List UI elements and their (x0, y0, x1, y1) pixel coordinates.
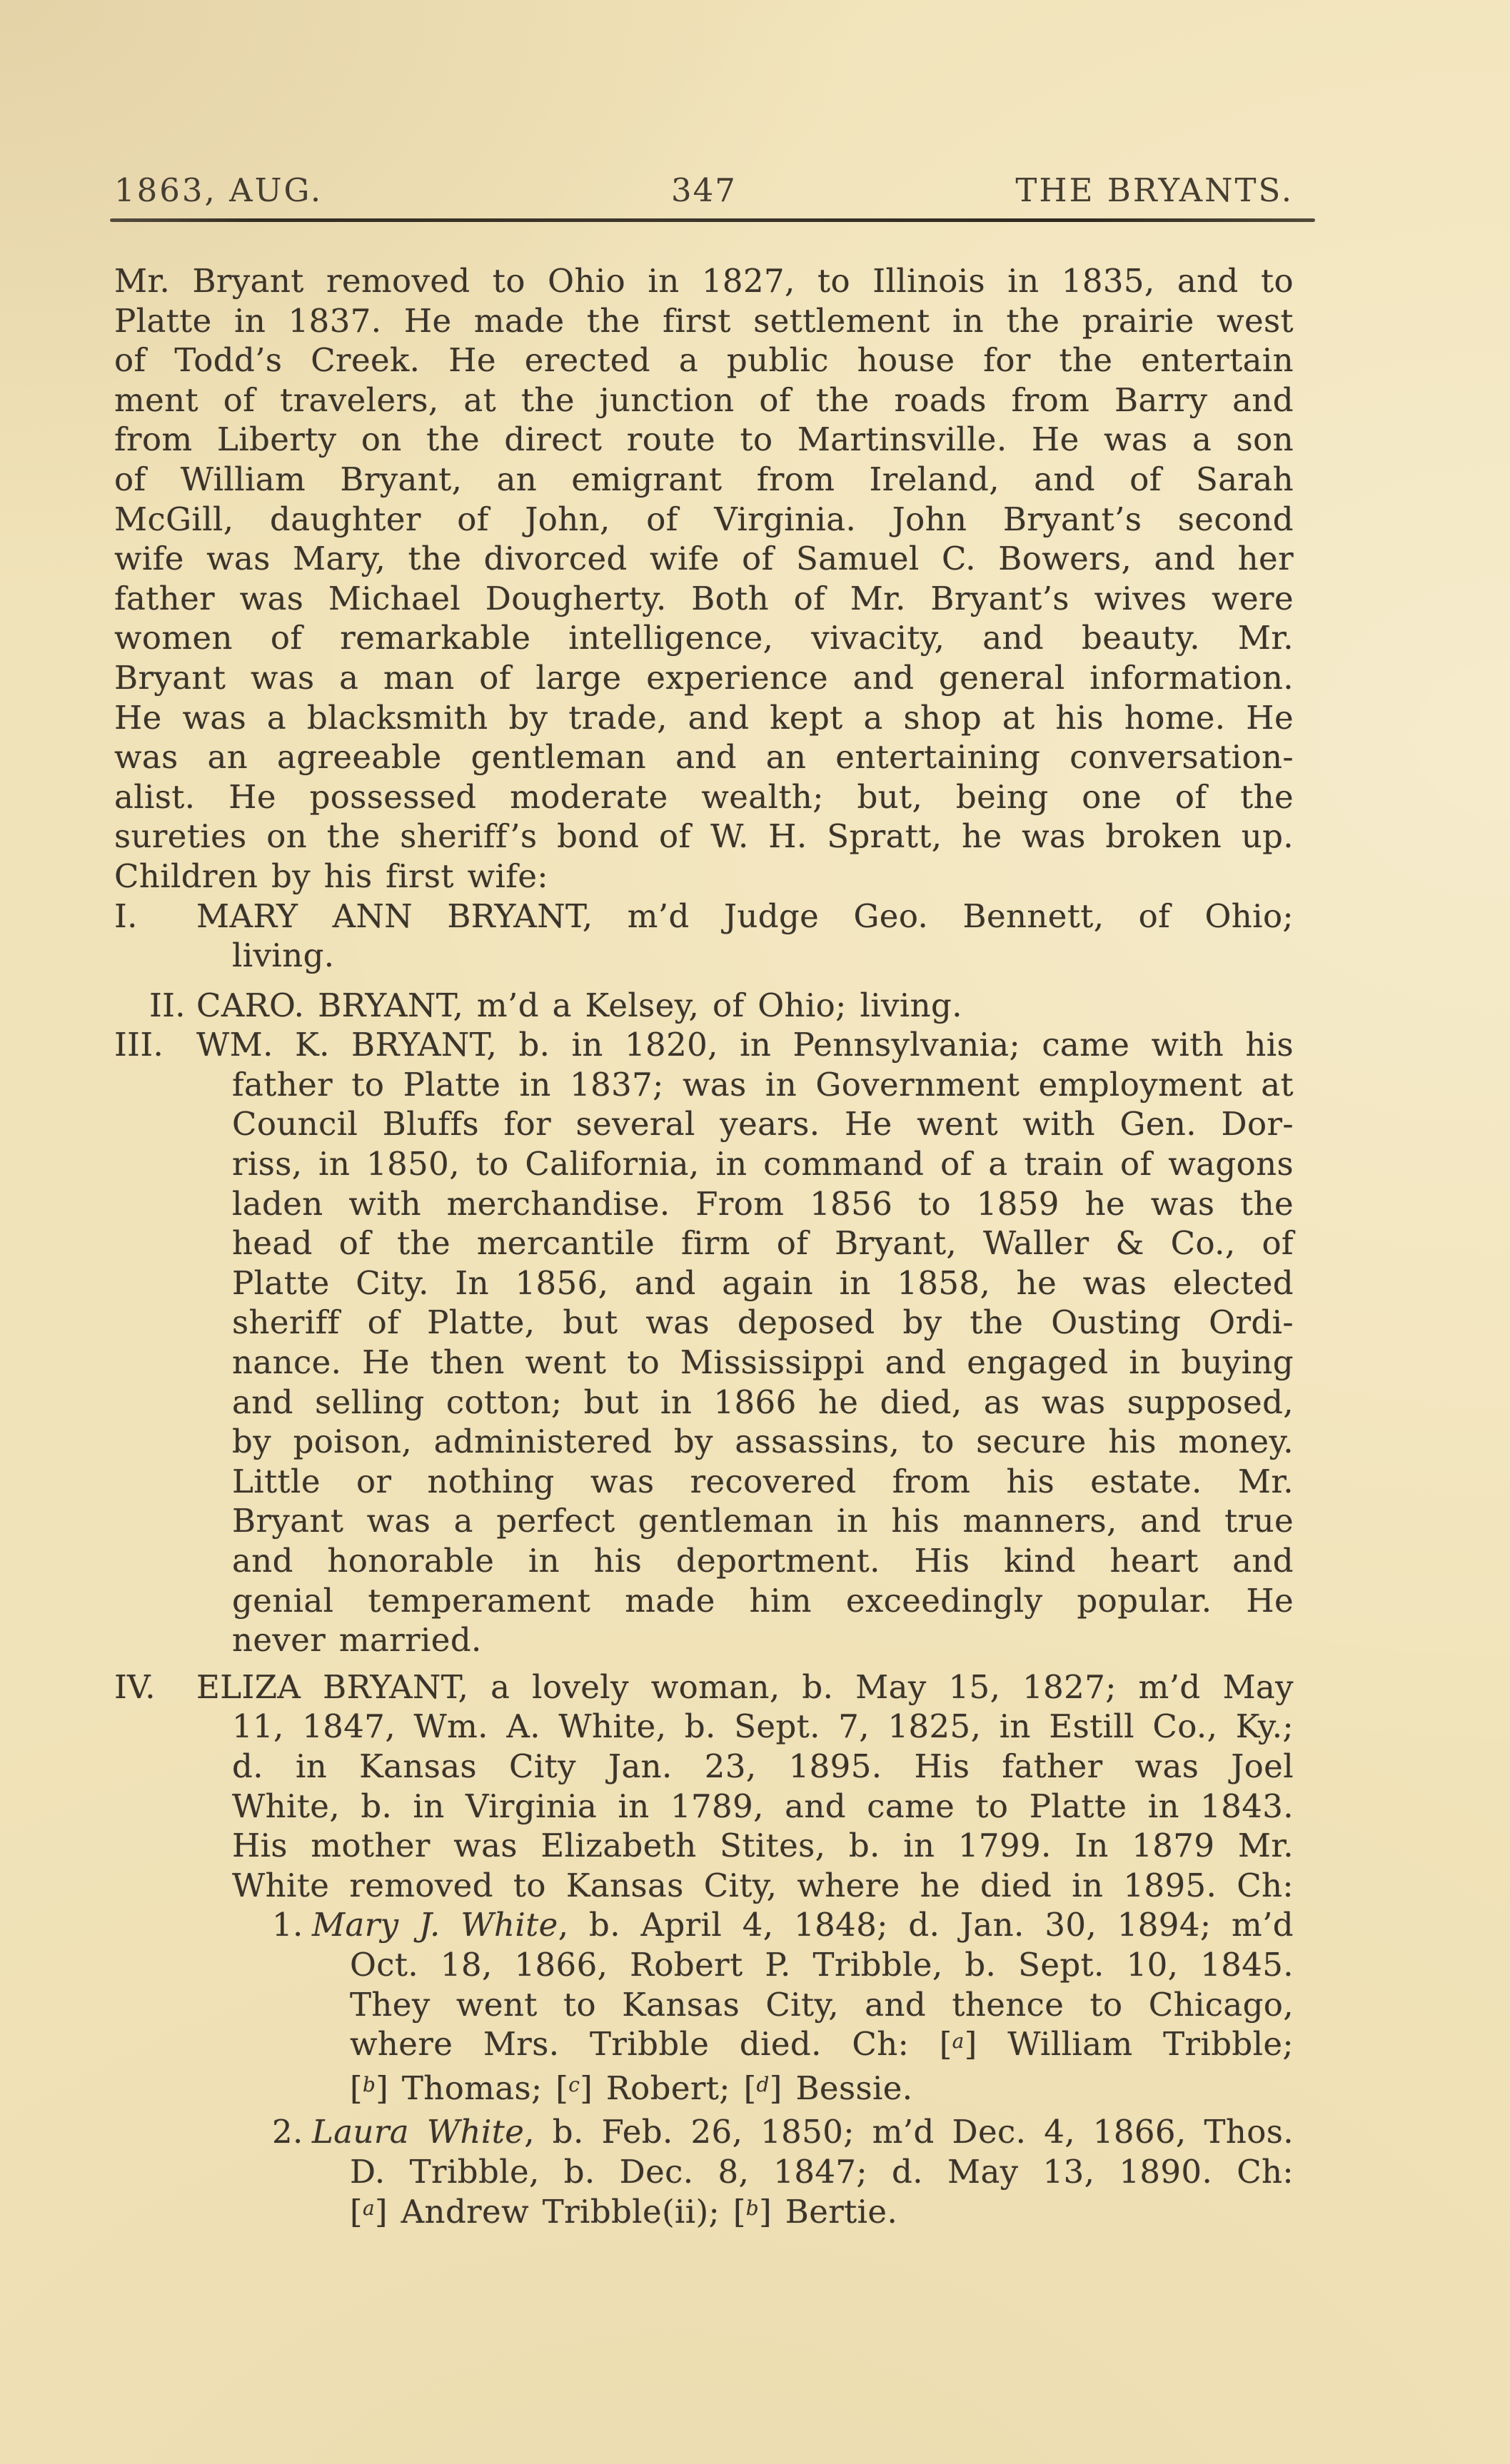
text-block: Mr. Bryant removed to Ohio in 1827, to I… (114, 261, 1294, 2236)
text-line: Platte in 1837. He made the first settle… (114, 301, 1294, 341)
header-date: 1863, AUG. (114, 173, 323, 208)
text-line: by poison, administered by assassins, to… (114, 1422, 1294, 1462)
text-line: laden with merchandise. From 1856 to 185… (114, 1184, 1294, 1224)
text-line: McGill, daughter of John, of Virginia. J… (114, 500, 1294, 540)
text-line: never married. (114, 1620, 1294, 1660)
text-line: He was a blacksmith by trade, and kept a… (114, 698, 1294, 738)
text-line: wife was Mary, the divorced wife of Samu… (114, 539, 1294, 579)
item-label: IV. (114, 1667, 186, 1707)
text-line: 11, 1847, Wm. A. White, b. Sept. 7, 1825… (114, 1707, 1294, 1747)
text-line: 2.Laura White, b. Feb. 26, 1850; m’d Dec… (114, 2112, 1294, 2152)
text-line: II.CARO. BRYANT, m’d a Kelsey, of Ohio; … (114, 986, 1294, 1026)
text-line: living. (114, 936, 1294, 976)
text-line: 1.Mary J. White, b. April 4, 1848; d. Ja… (114, 1905, 1294, 1945)
text-line: IV.ELIZA BRYANT, a lovely woman, b. May … (114, 1667, 1294, 1707)
header-page-number: 347 (671, 173, 737, 208)
text-line: Little or nothing was recovered from his… (114, 1462, 1294, 1502)
text-line: White, b. in Virginia in 1789, and came … (114, 1787, 1294, 1827)
text-line: riss, in 1850, to California, in command… (114, 1144, 1294, 1184)
text-line: where Mrs. Tribble died. Ch: [a] William… (114, 2024, 1294, 2069)
item-label: 2. (272, 2112, 301, 2152)
text-line: Oct. 18, 1866, Robert P. Tribble, b. Sep… (114, 1945, 1294, 1985)
page-header: 1863, AUG. 347 THE BRYANTS. (114, 173, 1294, 209)
text-line: sureties on the sheriff’s bond of W. H. … (114, 817, 1294, 857)
text-line: father to Platte in 1837; was in Governm… (114, 1065, 1294, 1105)
text-line: nance. He then went to Mississippi and e… (114, 1343, 1294, 1383)
text-line: genial temperament made him exceedingly … (114, 1581, 1294, 1621)
book-page: 1863, AUG. 347 THE BRYANTS. Mr. Bryant r… (0, 0, 1510, 2464)
text-line: of Todd’s Creek. He erected a public hou… (114, 340, 1294, 380)
text-line: Mr. Bryant removed to Ohio in 1827, to I… (114, 261, 1294, 301)
text-line: sheriff of Platte, but was deposed by th… (114, 1303, 1294, 1343)
text-line: His mother was Elizabeth Stites, b. in 1… (114, 1826, 1294, 1866)
text-line: Platte City. In 1856, and again in 1858,… (114, 1263, 1294, 1303)
header-chapter-title: THE BRYANTS. (1015, 173, 1294, 208)
text-line: father was Michael Dougherty. Both of Mr… (114, 579, 1294, 619)
text-line: I.MARY ANN BRYANT, m’d Judge Geo. Bennet… (114, 897, 1294, 936)
item-label: I. (114, 897, 186, 936)
text-line: Children by his first wife: (114, 857, 1294, 897)
header-rule (110, 218, 1315, 222)
text-line: head of the mercantile firm of Bryant, W… (114, 1223, 1294, 1263)
text-line: [b] Thomas; [c] Robert; [d] Bessie. (114, 2069, 1294, 2113)
text-line: of William Bryant, an emigrant from Irel… (114, 460, 1294, 500)
text-line: D. Tribble, b. Dec. 8, 1847; d. May 13, … (114, 2152, 1294, 2192)
text-line: was an agreeable gentleman and an entert… (114, 737, 1294, 777)
text-line: Bryant was a man of large experience and… (114, 658, 1294, 698)
text-line: alist. He possessed moderate wealth; but… (114, 777, 1294, 817)
item-label: 1. (272, 1905, 301, 1945)
text-line: White removed to Kansas City, where he d… (114, 1866, 1294, 1906)
text-line: and selling cotton; but in 1866 he died,… (114, 1383, 1294, 1423)
text-line: and honorable in his deportment. His kin… (114, 1541, 1294, 1581)
text-line: III.WM. K. BRYANT, b. in 1820, in Pennsy… (114, 1025, 1294, 1065)
item-label: III. (114, 1025, 186, 1065)
text-line: Bryant was a perfect gentleman in his ma… (114, 1501, 1294, 1541)
text-line: Council Bluffs for several years. He wen… (114, 1104, 1294, 1144)
text-line: from Liberty on the direct route to Mart… (114, 420, 1294, 460)
text-line: [a] Andrew Tribble(ii); [b] Bertie. (114, 2192, 1294, 2236)
text-line: ment of travelers, at the junction of th… (114, 380, 1294, 420)
text-line: women of remarkable intelligence, vivaci… (114, 618, 1294, 658)
text-line: They went to Kansas City, and thence to … (114, 1985, 1294, 2025)
text-line: d. in Kansas City Jan. 23, 1895. His fat… (114, 1747, 1294, 1787)
item-label: II. (114, 986, 186, 1026)
